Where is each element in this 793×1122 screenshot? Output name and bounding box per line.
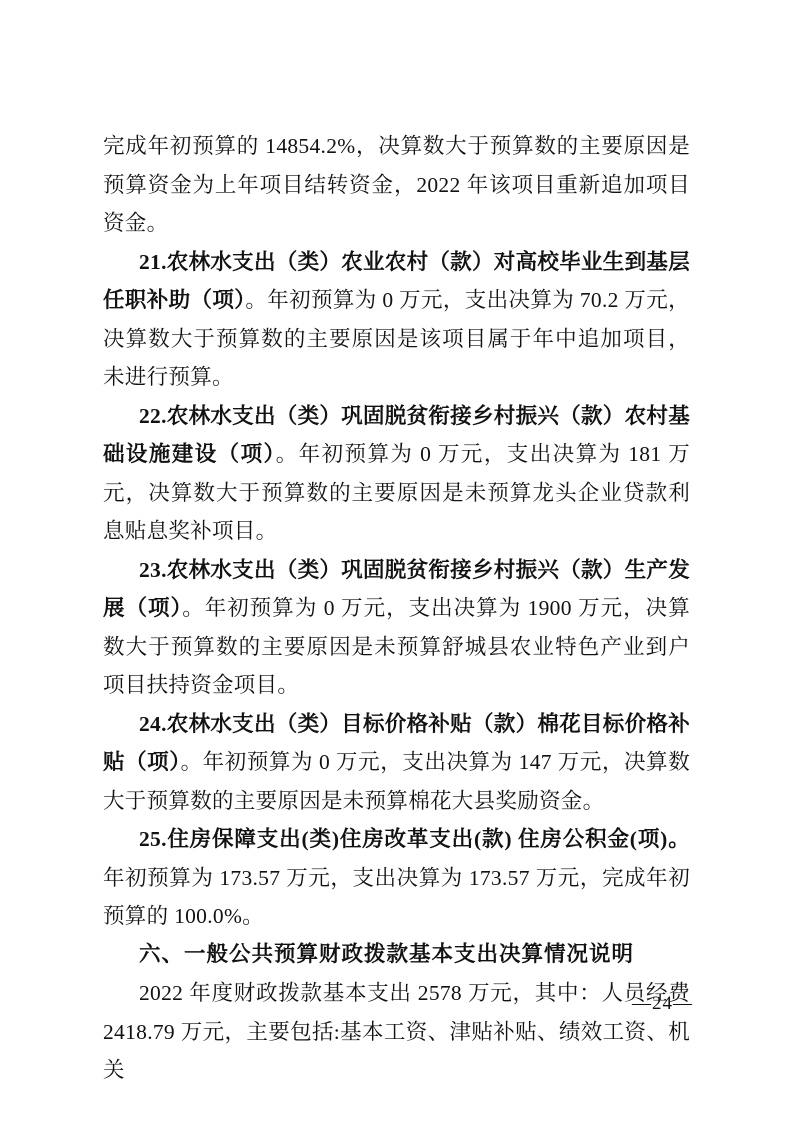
paragraph-item-23: 23.农林水支出（类）巩固脱贫衔接乡村振兴（款）生产发展（项）。年初预算为 0 … bbox=[103, 551, 690, 705]
item-25-heading: 25.住房保障支出(类)住房改革支出(款) 住房公积金(项)。 bbox=[139, 827, 690, 851]
document-page: 完成年初预算的 14854.2%，决算数大于预算数的主要原因是预算资金为上年项目… bbox=[0, 0, 793, 1122]
item-25-body: 年初预算为 173.57 万元，支出决算为 173.57 万元，完成年初预算的 … bbox=[103, 866, 690, 929]
page-number: —24— bbox=[632, 993, 693, 1015]
document-body: 完成年初预算的 14854.2%，决算数大于预算数的主要原因是预算资金为上年项目… bbox=[103, 127, 690, 1090]
paragraph-item-24: 24.农林水支出（类）目标价格补贴（款）棉花目标价格补贴（项）。年初预算为 0 … bbox=[103, 705, 690, 821]
item-23-body: 。年初预算为 0 万元，支出决算为 1900 万元，决算数大于预算数的主要原因是… bbox=[103, 596, 690, 697]
paragraph-text: 2022 年度财政拨款基本支出 2578 万元，其中：人员经费 2418.79 … bbox=[103, 981, 690, 1082]
section-heading-six: 六、一般公共预算财政拨款基本支出决算情况说明 bbox=[103, 936, 690, 975]
section-heading-text: 六、一般公共预算财政拨款基本支出决算情况说明 bbox=[139, 942, 634, 967]
item-24-body: 。年初预算为 0 万元，支出决算为 147 万元，决算数大于预算数的主要原因是未… bbox=[103, 750, 690, 813]
paragraph-continuation: 完成年初预算的 14854.2%，决算数大于预算数的主要原因是预算资金为上年项目… bbox=[103, 127, 690, 243]
paragraph-item-21: 21.农林水支出（类）农业农村（款）对高校毕业生到基层任职补助（项）。年初预算为… bbox=[103, 243, 690, 397]
paragraph-item-25: 25.住房保障支出(类)住房改革支出(款) 住房公积金(项)。年初预算为 173… bbox=[103, 820, 690, 936]
paragraph-basic-expenditure: 2022 年度财政拨款基本支出 2578 万元，其中：人员经费 2418.79 … bbox=[103, 974, 690, 1090]
paragraph-text: 完成年初预算的 14854.2%，决算数大于预算数的主要原因是预算资金为上年项目… bbox=[103, 134, 690, 235]
paragraph-item-22: 22.农林水支出（类）巩固脱贫衔接乡村振兴（款）农村基础设施建设（项）。年初预算… bbox=[103, 397, 690, 551]
